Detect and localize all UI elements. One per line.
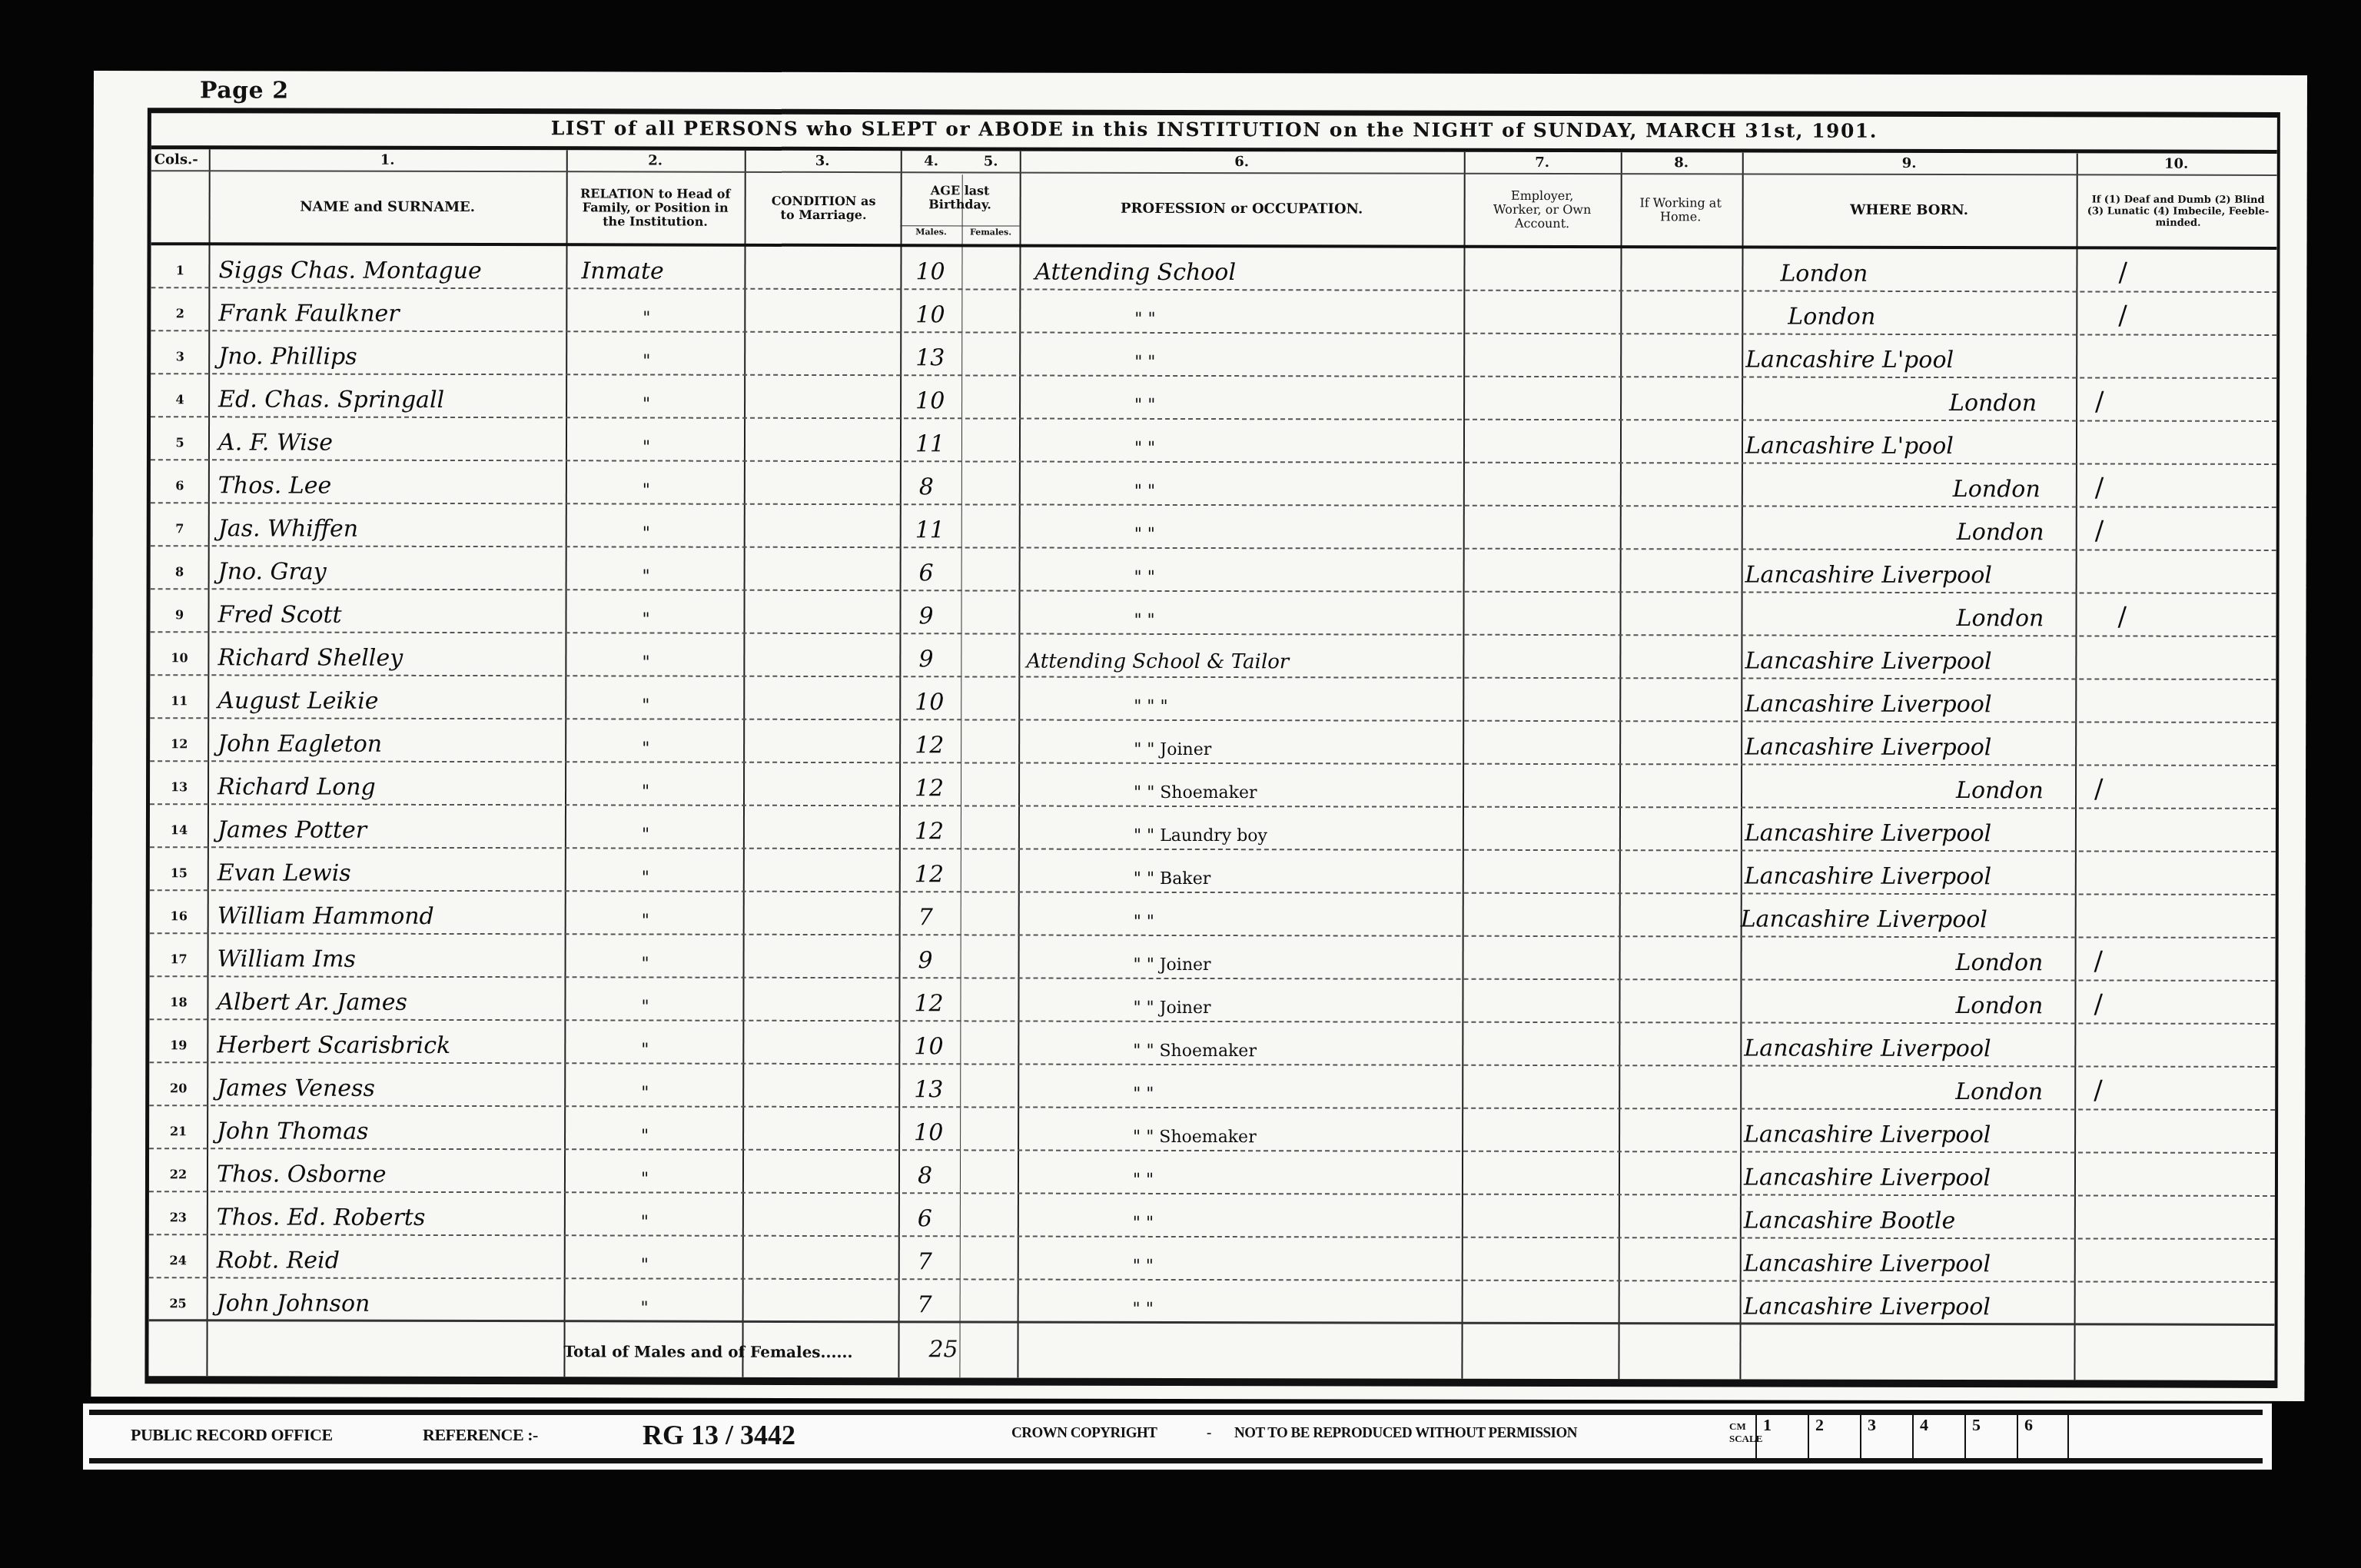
infirmity-mark: / bbox=[2118, 257, 2127, 288]
age-males-cell: 10 bbox=[914, 1033, 943, 1060]
name-cell: Ed. Chas. Springall bbox=[218, 386, 444, 414]
relation-cell: " bbox=[641, 1298, 649, 1317]
occupation-cell: " " bbox=[1133, 1171, 1154, 1190]
row-number: 5 bbox=[157, 435, 203, 450]
row-number: 7 bbox=[157, 521, 203, 536]
name-cell: John Johnson bbox=[217, 1290, 370, 1317]
row-number: 17 bbox=[156, 952, 202, 966]
relation-cell: " bbox=[642, 653, 649, 672]
where-born-cell: London bbox=[1955, 1078, 2043, 1105]
age-males-cell: 10 bbox=[915, 301, 945, 328]
infirmity-mark: / bbox=[2095, 386, 2104, 417]
table-row: 7Jas. Whiffen"11" "London/ bbox=[151, 503, 2276, 551]
relation-cell: " bbox=[643, 480, 650, 500]
row-number: 19 bbox=[155, 1038, 201, 1052]
where-born-cell: Lancashire L'pool bbox=[1745, 347, 1954, 374]
footer-reference: RG 13 / 3442 bbox=[643, 1419, 795, 1451]
occupation-cell: " " bbox=[1134, 611, 1154, 630]
name-cell: Jas. Whiffen bbox=[218, 515, 359, 542]
where-born-cell: Lancashire Liverpool bbox=[1744, 1121, 1991, 1149]
col-number: Cols.- bbox=[151, 151, 212, 168]
name-cell: August Leikie bbox=[218, 687, 378, 714]
where-born-cell: London bbox=[1953, 476, 2041, 503]
infirmity-mark: / bbox=[2095, 472, 2104, 503]
name-cell: Evan Lewis bbox=[218, 859, 351, 886]
row-number: 21 bbox=[155, 1124, 201, 1138]
col-number: 10. bbox=[2077, 155, 2276, 173]
relation-cell: " bbox=[641, 997, 649, 1016]
row-number: 15 bbox=[156, 865, 202, 880]
infirmity-mark: / bbox=[2094, 1075, 2103, 1105]
row-number: 12 bbox=[156, 736, 202, 751]
col-number: 3. bbox=[745, 153, 901, 170]
occupation-cell: " " Shoemaker bbox=[1133, 1041, 1257, 1061]
where-born-cell: London bbox=[1955, 992, 2043, 1019]
footer-office: PUBLIC RECORD OFFICE bbox=[131, 1425, 333, 1445]
row-number: 9 bbox=[156, 607, 202, 622]
relation-cell: " bbox=[642, 610, 649, 629]
page-label: Page 2 bbox=[200, 77, 289, 104]
col-number: 7. bbox=[1464, 154, 1621, 171]
scale-cell: 1 bbox=[1755, 1415, 1808, 1458]
table-row: 1Siggs Chas. MontagueInmate10Attending S… bbox=[151, 245, 2276, 293]
occupation-cell: " " bbox=[1133, 1300, 1154, 1319]
occupation-cell: " " Baker bbox=[1134, 869, 1210, 889]
relation-cell: " bbox=[643, 523, 650, 543]
name-cell: Robt. Reid bbox=[217, 1247, 340, 1274]
table-row: 12John Eagleton"12" " JoinerLancashire L… bbox=[150, 719, 2276, 766]
row-number: 13 bbox=[156, 779, 202, 794]
header-occupation: PROFESSION or OCCUPATION. bbox=[1020, 175, 1464, 244]
scale-cell: 5 bbox=[1964, 1415, 2017, 1458]
occupation-cell: " " bbox=[1133, 1085, 1154, 1104]
name-cell: Albert Ar. James bbox=[217, 988, 407, 1016]
relation-cell: " bbox=[642, 739, 649, 758]
where-born-cell: Lancashire Liverpool bbox=[1744, 1164, 1991, 1191]
relation-cell: " bbox=[641, 1255, 649, 1274]
age-males-cell: 7 bbox=[918, 904, 933, 931]
header-age: AGE last Birthday. bbox=[912, 174, 1008, 221]
age-males-cell: 8 bbox=[918, 1162, 932, 1189]
where-born-cell: London bbox=[1956, 949, 2044, 976]
scale-cell: 4 bbox=[1912, 1415, 1964, 1458]
table-row: 2Frank Faulkner"10" "London/ bbox=[151, 288, 2276, 336]
relation-cell: " bbox=[641, 1126, 649, 1145]
relation-cell: " bbox=[641, 1169, 649, 1188]
age-males-cell: 10 bbox=[915, 689, 944, 716]
infirmity-mark: / bbox=[2095, 515, 2104, 546]
where-born-cell: Lancashire Liverpool bbox=[1745, 820, 1991, 848]
where-born-cell: Lancashire Liverpool bbox=[1745, 863, 1991, 891]
col-number: 9. bbox=[1742, 154, 2077, 172]
row-number: 18 bbox=[155, 995, 201, 1009]
name-cell: William Hammond bbox=[218, 902, 434, 930]
name-cell: Thos. Lee bbox=[218, 472, 331, 499]
name-cell: Richard Shelley bbox=[218, 644, 403, 672]
table-row: 21John Thomas"10" " ShoemakerLancashire … bbox=[149, 1106, 2275, 1154]
where-born-cell: Lancashire Liverpool bbox=[1745, 562, 1992, 590]
age-males-cell: 12 bbox=[915, 818, 944, 845]
occupation-cell: Attending School bbox=[1034, 259, 1236, 287]
where-born-cell: Lancashire Liverpool bbox=[1744, 1035, 1991, 1063]
header-relation: RELATION to Head of Family, or Position … bbox=[570, 174, 741, 241]
age-males-cell: 7 bbox=[918, 1248, 932, 1275]
header-at-home: If Working at Home. bbox=[1631, 176, 1731, 244]
age-males-cell: 6 bbox=[918, 1205, 932, 1232]
row-number: 14 bbox=[156, 822, 202, 837]
age-males-cell: 13 bbox=[915, 344, 945, 371]
col-number: 5. bbox=[962, 153, 1020, 170]
name-cell: Jno. Phillips bbox=[218, 343, 357, 370]
table-row: 9Fred Scott"9" "London/ bbox=[150, 590, 2276, 637]
archive-footer: PUBLIC RECORD OFFICE REFERENCE :- RG 13 … bbox=[83, 1404, 2272, 1470]
occupation-cell: " " " bbox=[1134, 697, 1167, 716]
row-number: 6 bbox=[157, 478, 203, 493]
table-row: 20James Veness"13" "London/ bbox=[149, 1063, 2275, 1111]
table-row: 15Evan Lewis"12" " BakerLancashire Liver… bbox=[150, 848, 2276, 895]
name-cell: William Ims bbox=[218, 945, 356, 972]
occupation-cell: " " bbox=[1133, 1214, 1154, 1233]
where-born-cell: Lancashire Liverpool bbox=[1744, 1250, 1991, 1277]
age-males-cell: 11 bbox=[915, 517, 945, 543]
age-males-cell: 11 bbox=[915, 430, 945, 457]
row-number: 22 bbox=[155, 1167, 201, 1181]
name-cell: Thos. Osborne bbox=[217, 1161, 387, 1188]
table-row: 13Richard Long"12" " ShoemakerLondon/ bbox=[150, 762, 2276, 809]
table-row: 11August Leikie"10" " "Lancashire Liverp… bbox=[150, 676, 2276, 723]
table-row: 22Thos. Osborne"8" "Lancashire Liverpool bbox=[149, 1149, 2275, 1197]
table-row: 18Albert Ar. James"12" " JoinerLondon/ bbox=[149, 977, 2275, 1025]
table-row: 24Robt. Reid"7" "Lancashire Liverpool bbox=[149, 1235, 2275, 1283]
relation-cell: " bbox=[641, 1040, 649, 1059]
occupation-cell: " " bbox=[1134, 310, 1155, 329]
row-number: 2 bbox=[157, 306, 203, 321]
relation-cell: " bbox=[642, 911, 649, 930]
relation-cell: " bbox=[642, 825, 649, 844]
header-infirmity: If (1) Deaf and Dumb (2) Blind (3) Lunat… bbox=[2084, 177, 2273, 245]
where-born-cell: Lancashire Liverpool bbox=[1745, 734, 1991, 762]
footer-separator: - bbox=[1207, 1425, 1211, 1442]
footer-copyright: CROWN COPYRIGHT bbox=[1011, 1425, 1157, 1442]
infirmity-mark: / bbox=[2118, 301, 2127, 331]
row-number: 11 bbox=[156, 693, 202, 708]
scale-cell: 2 bbox=[1808, 1415, 1860, 1458]
table-row: 17William Ims"9" " JoinerLondon/ bbox=[150, 934, 2276, 982]
age-males-cell: 8 bbox=[919, 473, 934, 500]
header-females: Females. bbox=[962, 227, 1020, 237]
relation-cell: " bbox=[643, 394, 650, 414]
where-born-cell: London bbox=[1780, 261, 1868, 287]
occupation-cell: " " Shoemaker bbox=[1134, 783, 1257, 802]
scale-cell: 3 bbox=[1860, 1415, 1912, 1458]
where-born-cell: Lancashire Liverpool bbox=[1745, 691, 1991, 719]
age-males-cell: 7 bbox=[918, 1291, 932, 1318]
where-born-cell: London bbox=[1788, 304, 1875, 331]
occupation-cell: " " bbox=[1134, 396, 1155, 415]
name-cell: Frank Faulkner bbox=[218, 300, 399, 327]
where-born-cell: London bbox=[1956, 605, 2044, 632]
name-cell: A. F. Wise bbox=[218, 429, 333, 456]
age-males-cell: 6 bbox=[919, 560, 934, 586]
age-males-cell: 12 bbox=[914, 990, 943, 1017]
col-number: 1. bbox=[209, 151, 566, 169]
relation-cell: " bbox=[642, 868, 649, 887]
table-row: 6Thos. Lee"8" "London/ bbox=[151, 460, 2276, 508]
census-form-table: LIST of all PERSONS who SLEPT or ABODE i… bbox=[144, 108, 2280, 1388]
relation-cell: " bbox=[643, 566, 650, 586]
relation-cell: " bbox=[641, 1083, 649, 1102]
where-born-cell: Lancashire Liverpool bbox=[1745, 648, 1991, 676]
col-number: 2. bbox=[566, 152, 745, 169]
occupation-cell: " " Shoemaker bbox=[1133, 1128, 1257, 1147]
where-born-cell: Lancashire Bootle bbox=[1744, 1207, 1955, 1234]
table-row: 23Thos. Ed. Roberts"6" "Lancashire Bootl… bbox=[149, 1192, 2275, 1240]
age-males-cell: 10 bbox=[915, 387, 945, 414]
occupation-cell: " " bbox=[1133, 1257, 1154, 1276]
occupation-cell: " " bbox=[1134, 482, 1155, 501]
occupation-cell: " " bbox=[1134, 568, 1155, 587]
relation-cell: " bbox=[642, 954, 649, 973]
age-males-cell: 9 bbox=[918, 646, 933, 673]
age-males-cell: 13 bbox=[914, 1076, 943, 1103]
footer-reference-label: REFERENCE :- bbox=[423, 1425, 538, 1445]
name-cell: Thos. Ed. Roberts bbox=[217, 1204, 426, 1231]
row-number: 25 bbox=[155, 1296, 201, 1311]
infirmity-mark: / bbox=[2117, 602, 2127, 633]
header-condition: CONDITION as to Marriage. bbox=[766, 174, 882, 242]
row-number: 3 bbox=[157, 349, 203, 364]
relation-cell: " bbox=[643, 437, 650, 457]
total-males: 25 bbox=[928, 1336, 958, 1363]
name-cell: Richard Long bbox=[218, 773, 376, 800]
name-cell: James Potter bbox=[218, 816, 367, 843]
row-number: 23 bbox=[155, 1210, 201, 1224]
name-cell: Fred Scott bbox=[218, 601, 341, 628]
census-sheet: Page 2 LIST of all PERSONS who SLEPT or … bbox=[91, 71, 2307, 1401]
age-males-cell: 9 bbox=[918, 603, 933, 630]
where-born-cell: Lancashire Liverpool bbox=[1744, 1293, 1991, 1321]
occupation-cell: " " bbox=[1134, 525, 1155, 544]
infirmity-mark: / bbox=[2094, 773, 2104, 804]
row-number: 16 bbox=[156, 909, 202, 923]
occupation-cell: " " bbox=[1134, 353, 1155, 372]
table-row: 10Richard Shelley"9Attending School & Ta… bbox=[150, 633, 2276, 680]
infirmity-mark: / bbox=[2094, 988, 2103, 1019]
age-males-cell: 12 bbox=[915, 732, 944, 759]
name-cell: John Eagleton bbox=[218, 730, 382, 757]
table-row: 25John Johnson"7" "Lancashire Liverpool bbox=[149, 1278, 2275, 1326]
table-row: 8Jno. Gray"6" "Lancashire Liverpool bbox=[151, 546, 2276, 594]
name-cell: James Veness bbox=[217, 1075, 375, 1101]
scale-cell: 6 bbox=[2017, 1415, 2069, 1458]
relation-cell: " bbox=[643, 351, 650, 370]
row-number: 10 bbox=[156, 650, 202, 665]
total-label: Total of Males and of Females...... bbox=[563, 1342, 852, 1361]
name-cell: Siggs Chas. Montague bbox=[218, 257, 482, 284]
row-number: 24 bbox=[155, 1253, 201, 1267]
occupation-cell: " " Joiner bbox=[1134, 740, 1211, 759]
age-males-cell: 12 bbox=[915, 775, 944, 802]
header-where-born: WHERE BORN. bbox=[1742, 176, 2077, 244]
name-cell: John Thomas bbox=[217, 1118, 368, 1144]
occupation-cell: " " Joiner bbox=[1133, 998, 1210, 1018]
age-males-cell: 12 bbox=[915, 861, 944, 888]
where-born-cell: London bbox=[1949, 390, 2037, 417]
occupation-cell: " " bbox=[1134, 439, 1155, 458]
relation-cell: " bbox=[641, 1212, 649, 1231]
table-row: 19Herbert Scarisbrick"10" " ShoemakerLan… bbox=[149, 1020, 2275, 1068]
relation-cell: " bbox=[642, 782, 649, 801]
occupation-cell: " " bbox=[1134, 912, 1154, 932]
where-born-cell: Lancashire L'pool bbox=[1745, 433, 1954, 460]
row-number: 8 bbox=[157, 564, 203, 579]
age-males-cell: 9 bbox=[918, 947, 933, 974]
occupation-cell: " " Laundry boy bbox=[1134, 826, 1267, 845]
table-row: 3Jno. Phillips"13" "Lancashire L'pool bbox=[151, 331, 2276, 379]
age-males-cell: 10 bbox=[915, 258, 945, 285]
header-males: Males. bbox=[901, 227, 962, 237]
where-born-cell: London bbox=[1957, 519, 2044, 546]
footer-notice: NOT TO BE REPRODUCED WITHOUT PERMISSION bbox=[1234, 1425, 1577, 1442]
relation-cell: Inmate bbox=[581, 257, 663, 284]
table-row: 16William Hammond"7" "Lancashire Liverpo… bbox=[150, 891, 2276, 938]
row-number: 20 bbox=[155, 1081, 201, 1095]
col-number: 4. bbox=[901, 153, 962, 170]
col-number: 8. bbox=[1621, 154, 1742, 171]
name-cell: Jno. Gray bbox=[218, 558, 327, 585]
name-cell: Herbert Scarisbrick bbox=[217, 1031, 450, 1059]
row-number: 1 bbox=[157, 263, 203, 277]
table-row: 5A. F. Wise"11" "Lancashire L'pool bbox=[151, 417, 2276, 465]
infirmity-mark: / bbox=[2094, 945, 2104, 976]
table-row: 14James Potter"12" " Laundry boyLancashi… bbox=[150, 805, 2276, 852]
header-employer: Employer, Worker, or Own Account. bbox=[1489, 176, 1596, 244]
relation-cell: " bbox=[643, 308, 650, 327]
occupation-cell: " " Joiner bbox=[1134, 955, 1211, 975]
relation-cell: " bbox=[642, 696, 649, 715]
where-born-cell: London bbox=[1956, 777, 2044, 804]
occupation-cell: Attending School & Tailor bbox=[1026, 650, 1289, 674]
table-row: 4Ed. Chas. Springall"10" "London/ bbox=[151, 374, 2276, 422]
form-title: LIST of all PERSONS who SLEPT or ABODE i… bbox=[151, 116, 2277, 150]
row-number: 4 bbox=[157, 392, 203, 407]
header-name: NAME and SURNAME. bbox=[209, 173, 566, 241]
total-row: Total of Males and of Females...... 25 bbox=[148, 1321, 2274, 1370]
age-males-cell: 10 bbox=[914, 1119, 943, 1146]
where-born-cell: Lancashire Liverpool bbox=[1741, 905, 1987, 933]
col-number: 6. bbox=[1020, 154, 1464, 171]
